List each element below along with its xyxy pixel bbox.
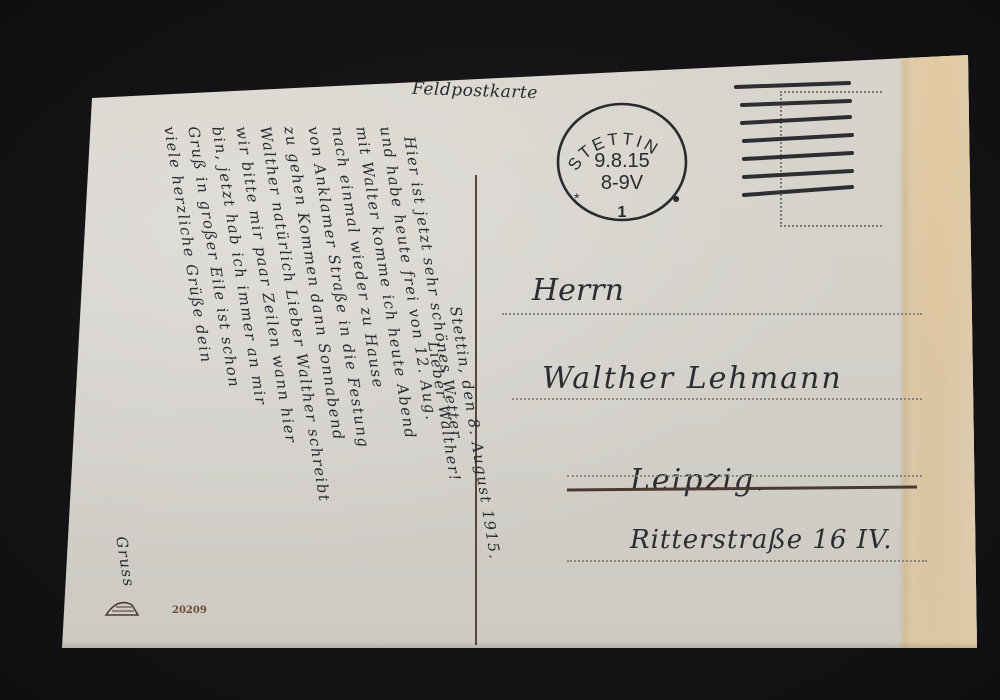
postmark-date: 9.8.15 <box>594 150 650 172</box>
postmark-stamp: STETTIN 9.8.15 8-9V 1 * ● <box>552 97 692 227</box>
cancellation-bars <box>734 75 864 205</box>
postmark-circle-icon: STETTIN 9.8.15 8-9V 1 * ● <box>552 97 692 227</box>
address-line-3 <box>567 475 922 477</box>
postcard-photo: Feldpostkarte STETTIN 9.8.15 8-9V 1 * ● <box>0 0 1000 700</box>
address-city: Leipzig. <box>630 463 767 498</box>
postmark-number: 1 <box>618 204 627 221</box>
address-street: Ritterstraße 16 IV. <box>630 525 892 555</box>
address-salutation: Herrn <box>532 273 624 308</box>
address-line-4 <box>567 560 927 562</box>
handwritten-message: Stettin, den 8. August 1915. Lieber Walt… <box>92 95 472 645</box>
svg-text:●: ● <box>672 190 680 206</box>
publisher-number: 20209 <box>172 605 207 616</box>
wavy-lines-icon <box>734 75 864 205</box>
postmark-star: * <box>574 190 580 206</box>
postcard-back: Feldpostkarte STETTIN 9.8.15 8-9V 1 * ● <box>62 55 977 648</box>
address-name: Walther Lehmann <box>542 361 843 396</box>
publisher-logo-icon <box>102 595 142 619</box>
postmark-time: 8-9V <box>601 172 644 194</box>
message-signature: Gruss <box>112 535 138 589</box>
address-line-2 <box>512 398 922 400</box>
address-line-1 <box>502 313 922 315</box>
